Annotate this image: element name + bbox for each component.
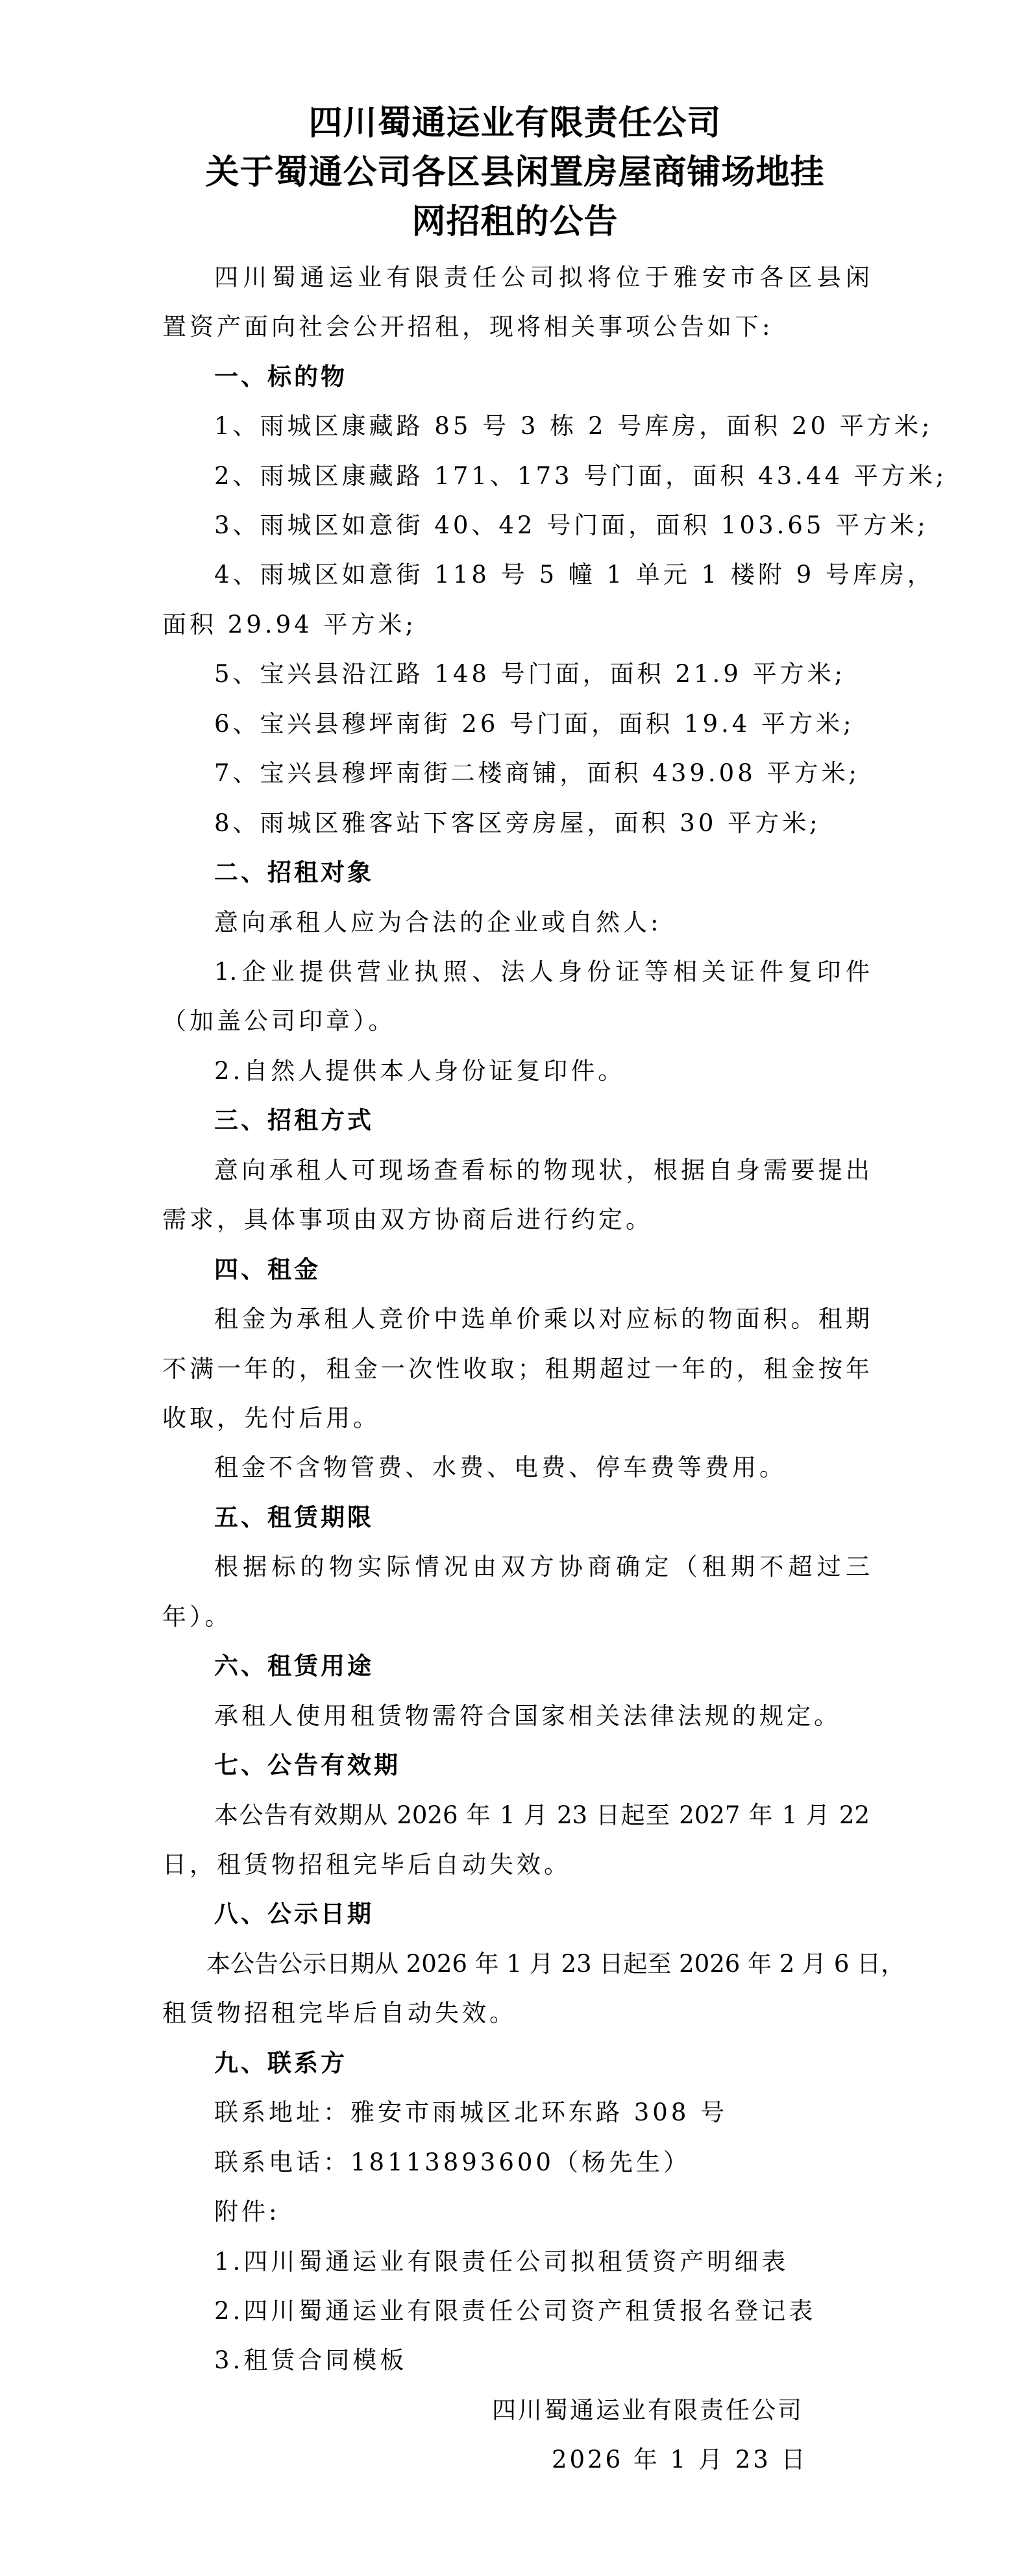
attachment-2: 2.四川蜀通运业有限责任公司资产租赁报名登记表 — [214, 2287, 816, 2336]
section-heading-1: 一、标的物 — [214, 352, 347, 402]
s2-line-3: （加盖公司印章）。 — [162, 997, 396, 1046]
section-heading-9: 九、联系方 — [214, 2039, 347, 2088]
item-7: 7、宝兴县穆坪南街二楼商铺，面积 439.08 平方米; — [214, 749, 860, 798]
s2-line-4: 2.自然人提供本人身份证复印件。 — [214, 1047, 625, 1096]
item-5: 5、宝兴县沿江路 148 号门面，面积 21.9 平方米; — [214, 650, 846, 699]
s7-line-2: 日，租赁物招租完毕后自动失效。 — [162, 1840, 571, 1889]
s3-line-2: 需求，具体事项由双方协商后进行约定。 — [162, 1195, 653, 1245]
s4-line-2: 不满一年的，租金一次性收取；租期超过一年的，租金按年 — [162, 1344, 870, 1394]
attachment-3: 3.租赁合同模板 — [214, 2336, 407, 2385]
signature-date: 2026 年 1 月 23 日 — [552, 2435, 808, 2485]
section-heading-8: 八、公示日期 — [214, 1889, 374, 1939]
item-6: 6、宝兴县穆坪南街 26 号门面，面积 19.4 平方米; — [214, 699, 855, 749]
s7-line-1: 本公告有效期从 2026 年 1 月 23 日起至 2027 年 1 月 22 — [214, 1791, 870, 1840]
title-line-3: 网招租的公告 — [0, 197, 1030, 247]
s2-line-1: 意向承租人应为合法的企业或自然人: — [214, 898, 661, 947]
section-heading-5: 五、租赁期限 — [214, 1493, 374, 1542]
intro-line-2: 置资产面向社会公开招租，现将相关事项公告如下: — [162, 302, 773, 352]
signature-company: 四川蜀通运业有限责任公司 — [492, 2386, 803, 2435]
item-1: 1、雨城区康藏路 85 号 3 栋 2 号库房，面积 20 平方米; — [214, 402, 933, 451]
s4-line-4: 租金不含物管费、水费、电费、停车费等费用。 — [214, 1443, 787, 1492]
s4-line-1: 租金为承租人竞价中选单价乘以对应标的物面积。租期 — [214, 1294, 870, 1344]
section-heading-6: 六、租赁用途 — [214, 1642, 374, 1691]
item-3: 3、雨城区如意街 40、42 号门面，面积 103.65 平方米; — [214, 501, 929, 550]
announcement-page: 四川蜀通运业有限责任公司 关于蜀通公司各区县闲置房屋商铺场地挂 网招租的公告 四… — [0, 0, 1030, 2576]
title-line-1: 四川蜀通运业有限责任公司 — [0, 99, 1030, 148]
contact-phone: 联系电话：18113893600（杨先生） — [214, 2138, 691, 2187]
s6-line-1: 承租人使用租赁物需符合国家相关法律法规的规定。 — [214, 1692, 841, 1741]
attachments-label: 附件: — [214, 2187, 280, 2237]
intro-line-1: 四川蜀通运业有限责任公司拟将位于雅安市各区县闲 — [214, 253, 870, 302]
section-heading-3: 三、招租方式 — [214, 1096, 374, 1145]
attachment-1: 1.四川蜀通运业有限责任公司拟租赁资产明细表 — [214, 2237, 789, 2287]
s8-line-2: 租赁物招租完毕后自动失效。 — [162, 1989, 517, 2038]
item-2: 2、雨城区康藏路 171、173 号门面，面积 43.44 平方米; — [214, 452, 947, 501]
section-heading-2: 二、招租对象 — [214, 848, 374, 897]
s2-line-2: 1.企业提供营业执照、法人身份证等相关证件复印件 — [214, 947, 870, 997]
s3-line-1: 意向承租人可现场查看标的物现状，根据自身需要提出 — [214, 1146, 870, 1195]
item-4: 4、雨城区如意街 118 号 5 幢 1 单元 1 楼附 9 号库房， — [214, 550, 935, 600]
s5-line-2: 年）。 — [162, 1592, 232, 1642]
s8-line-1: 本公告公示日期从 2026 年 1 月 23 日起至 2026 年 2 月 6 … — [206, 1939, 875, 1989]
s5-line-1: 根据标的物实际情况由双方协商确定（租期不超过三 — [214, 1542, 870, 1592]
item-4-cont: 面积 29.94 平方米; — [162, 600, 417, 650]
item-8: 8、雨城区雅客站下客区旁房屋，面积 30 平方米; — [214, 799, 821, 848]
title-line-2: 关于蜀通公司各区县闲置房屋商铺场地挂 — [0, 148, 1030, 197]
section-heading-7: 七、公告有效期 — [214, 1741, 400, 1790]
contact-address: 联系地址：雅安市雨城区北环东路 308 号 — [214, 2088, 728, 2137]
section-heading-4: 四、租金 — [214, 1245, 321, 1294]
s4-line-3: 收取，先付后用。 — [162, 1394, 380, 1443]
